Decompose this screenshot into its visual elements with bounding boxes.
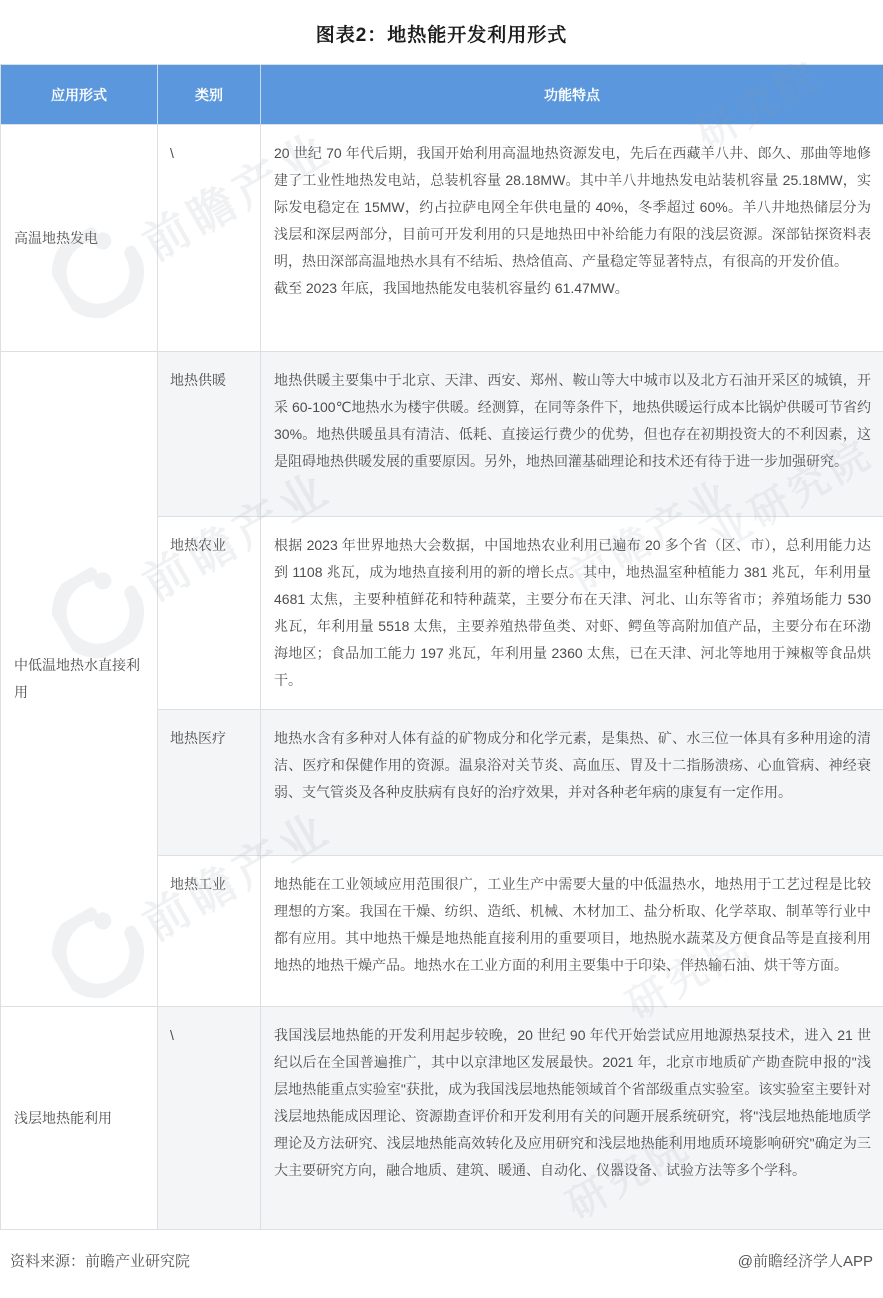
feature-cell: 我国浅层地热能的开发利用起步较晚，20 世纪 90 年代开始尝试应用地源热泵技术… — [261, 1007, 883, 1230]
col-header-category: 类别 — [158, 65, 261, 125]
feature-cell: 根据 2023 年世界地热大会数据，中国地热农业利用已遍布 20 多个省（区、市… — [261, 517, 883, 710]
report-page: 图表2：地热能开发利用形式 应用形式 类别 功能特点 高温地热发电 \ 20 世… — [0, 0, 883, 1298]
category-cell: \ — [158, 1007, 261, 1230]
figure-footer: 资料来源：前瞻产业研究院 @前瞻经济学人APP — [0, 1250, 883, 1271]
table-row: 中低温地热水直接利用 地热供暖 地热供暖主要集中于北京、天津、西安、郑州、鞍山等… — [1, 352, 883, 517]
table-row: 高温地热发电 \ 20 世纪 70 年代后期，我国开始利用高温地热资源发电，先后… — [1, 125, 883, 352]
category-cell: 地热医疗 — [158, 710, 261, 856]
source-note: 资料来源：前瞻产业研究院 — [10, 1250, 190, 1271]
category-cell: 地热农业 — [158, 517, 261, 710]
feature-cell: 地热能在工业领域应用范围很广，工业生产中需要大量的中低温热水，地热用于工艺过程是… — [261, 856, 883, 1007]
table-container: 应用形式 类别 功能特点 高温地热发电 \ 20 世纪 70 年代后期，我国开始… — [0, 64, 883, 1230]
application-cell: 浅层地热能利用 — [1, 1007, 158, 1230]
table-row: 浅层地热能利用 \ 我国浅层地热能的开发利用起步较晚，20 世纪 90 年代开始… — [1, 1007, 883, 1230]
category-cell: 地热工业 — [158, 856, 261, 1007]
geothermal-utilization-table: 应用形式 类别 功能特点 高温地热发电 \ 20 世纪 70 年代后期，我国开始… — [0, 64, 883, 1230]
credit-note: @前瞻经济学人APP — [738, 1250, 873, 1271]
category-cell: 地热供暖 — [158, 352, 261, 517]
feature-cell: 地热供暖主要集中于北京、天津、西安、郑州、鞍山等大中城市以及北方石油开采区的城镇… — [261, 352, 883, 517]
feature-cell: 地热水含有多种对人体有益的矿物成分和化学元素，是集热、矿、水三位一体具有多种用途… — [261, 710, 883, 856]
application-cell: 高温地热发电 — [1, 125, 158, 352]
category-cell: \ — [158, 125, 261, 352]
chart-title: 图表2：地热能开发利用形式 — [0, 0, 883, 64]
col-header-features: 功能特点 — [261, 65, 883, 125]
table-header: 应用形式 类别 功能特点 — [1, 65, 883, 125]
feature-cell: 20 世纪 70 年代后期，我国开始利用高温地热资源发电，先后在西藏羊八井、郎久… — [261, 125, 883, 352]
header-row: 应用形式 类别 功能特点 — [1, 65, 883, 125]
application-cell: 中低温地热水直接利用 — [1, 352, 158, 1007]
table-body: 高温地热发电 \ 20 世纪 70 年代后期，我国开始利用高温地热资源发电，先后… — [1, 125, 883, 1230]
col-header-application-form: 应用形式 — [1, 65, 158, 125]
